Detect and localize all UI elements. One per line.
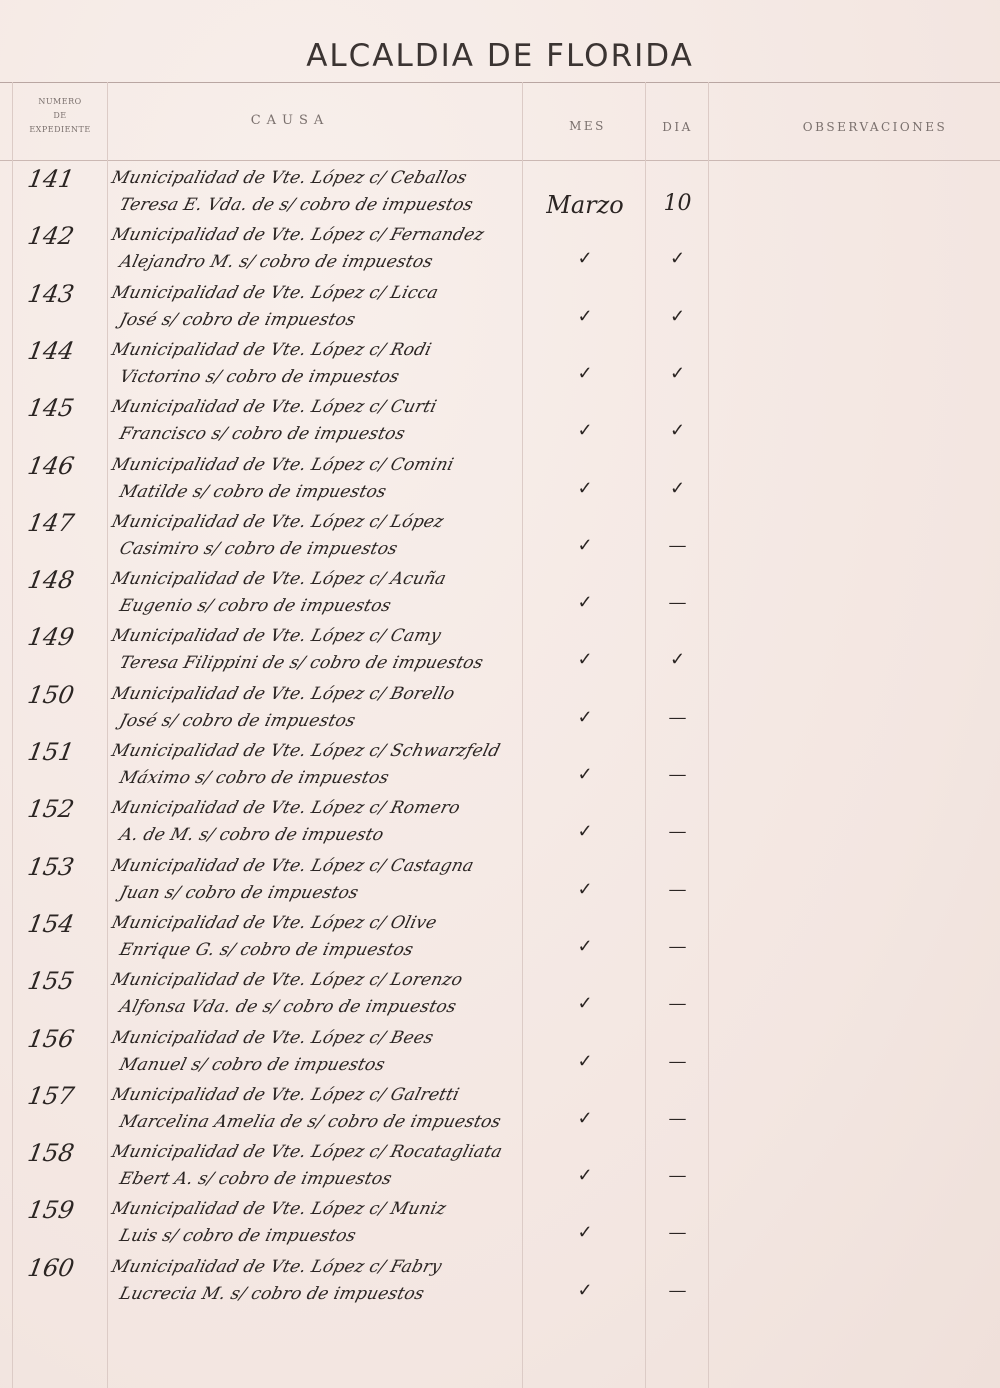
mes-value: ✓ — [530, 649, 640, 670]
mes-value: ✓ — [530, 535, 640, 556]
mes-value: Marzo — [530, 191, 640, 219]
causa-line-1: Municipalidad de Vte. López c/ Fernandez — [110, 225, 535, 245]
header-causa: CAUSA — [200, 113, 380, 128]
mes-value: ✓ — [530, 478, 640, 499]
dia-value: — — [650, 879, 705, 900]
causa-line-2: Eugenio s/ cobro de impuestos — [118, 596, 543, 616]
causa-line-1: Municipalidad de Vte. López c/ Lorenzo — [110, 970, 535, 990]
dia-value: — — [650, 1051, 705, 1072]
dia-value: — — [650, 993, 705, 1014]
causa-line-2: Ebert A. s/ cobro de impuestos — [118, 1169, 543, 1189]
dia-value: ✓ — [650, 248, 705, 269]
header-bottom-rule — [0, 160, 1000, 161]
expediente-number: 150 — [26, 681, 111, 709]
causa-line-2: Luis s/ cobro de impuestos — [118, 1226, 543, 1246]
ledger-entry-row: 145Municipalidad de Vte. López c/ CurtiF… — [0, 392, 1000, 449]
mes-value: ✓ — [530, 707, 640, 728]
causa-line-2: Manuel s/ cobro de impuestos — [118, 1055, 543, 1075]
causa-line-1: Municipalidad de Vte. López c/ Fabry — [110, 1257, 535, 1277]
ledger-page: ALCALDIA DE FLORIDA NUMERO DE EXPEDIENTE… — [0, 0, 1000, 1388]
expediente-number: 153 — [26, 853, 111, 881]
causa-line-1: Municipalidad de Vte. López c/ Rocatagli… — [110, 1142, 535, 1162]
dia-value: — — [650, 936, 705, 957]
causa-line-2: Casimiro s/ cobro de impuestos — [118, 539, 543, 559]
ledger-entry-row: 156Municipalidad de Vte. López c/ BeesMa… — [0, 1023, 1000, 1080]
dia-value: ✓ — [650, 420, 705, 441]
mes-value: ✓ — [530, 592, 640, 613]
ledger-entry-row: 155Municipalidad de Vte. López c/ Lorenz… — [0, 965, 1000, 1022]
expediente-number: 143 — [26, 280, 111, 308]
causa-line-2: José s/ cobro de impuestos — [118, 711, 543, 731]
ledger-entry-row: 159Municipalidad de Vte. López c/ MunizL… — [0, 1194, 1000, 1251]
mes-value: ✓ — [530, 1051, 640, 1072]
header-mes: MES — [540, 119, 635, 133]
causa-line-2: Alejandro M. s/ cobro de impuestos — [118, 252, 543, 272]
ledger-entry-row: 157Municipalidad de Vte. López c/ Galret… — [0, 1080, 1000, 1137]
expediente-number: 155 — [26, 967, 111, 995]
causa-line-2: Marcelina Amelia de s/ cobro de impuesto… — [118, 1112, 543, 1132]
dia-value: — — [650, 535, 705, 556]
dia-value: ✓ — [650, 649, 705, 670]
ledger-entry-row: 142Municipalidad de Vte. López c/ Fernan… — [0, 220, 1000, 277]
expediente-number: 156 — [26, 1025, 111, 1053]
causa-line-1: Municipalidad de Vte. López c/ Bees — [110, 1028, 535, 1048]
causa-line-2: Juan s/ cobro de impuestos — [118, 883, 543, 903]
page-title: ALCALDIA DE FLORIDA — [0, 38, 1000, 74]
causa-line-2: Máximo s/ cobro de impuestos — [118, 768, 543, 788]
expediente-number: 158 — [26, 1139, 111, 1167]
expediente-number: 151 — [26, 738, 111, 766]
mes-value: ✓ — [530, 306, 640, 327]
causa-line-2: Matilde s/ cobro de impuestos — [118, 482, 543, 502]
header-numero-line3: EXPEDIENTE — [14, 123, 106, 137]
causa-line-2: Alfonsa Vda. de s/ cobro de impuestos — [118, 997, 543, 1017]
ledger-entry-row: 150Municipalidad de Vte. López c/ Borell… — [0, 679, 1000, 736]
dia-value: — — [650, 1108, 705, 1129]
causa-line-1: Municipalidad de Vte. López c/ Ceballos — [110, 168, 535, 188]
ledger-entry-row: 160Municipalidad de Vte. López c/ FabryL… — [0, 1252, 1000, 1309]
ledger-entry-row: 144Municipalidad de Vte. López c/ RodiVi… — [0, 335, 1000, 392]
causa-line-2: Teresa E. Vda. de s/ cobro de impuestos — [118, 195, 543, 215]
dia-value: — — [650, 1222, 705, 1243]
causa-line-2: Enrique G. s/ cobro de impuestos — [118, 940, 543, 960]
mes-value: ✓ — [530, 879, 640, 900]
dia-value: — — [650, 1280, 705, 1301]
causa-line-1: Municipalidad de Vte. López c/ López — [110, 512, 535, 532]
causa-line-2: A. de M. s/ cobro de impuesto — [118, 825, 543, 845]
causa-line-2: Lucrecia M. s/ cobro de impuestos — [118, 1284, 543, 1304]
header-numero-line2: DE — [14, 109, 106, 123]
mes-value: ✓ — [530, 1222, 640, 1243]
mes-value: ✓ — [530, 363, 640, 384]
causa-line-1: Municipalidad de Vte. López c/ Muniz — [110, 1199, 535, 1219]
mes-value: ✓ — [530, 248, 640, 269]
mes-value: ✓ — [530, 764, 640, 785]
mes-value: ✓ — [530, 1280, 640, 1301]
dia-value: ✓ — [650, 478, 705, 499]
causa-line-1: Municipalidad de Vte. López c/ Borello — [110, 684, 535, 704]
header-numero-expediente: NUMERO DE EXPEDIENTE — [14, 95, 106, 137]
causa-line-2: José s/ cobro de impuestos — [118, 310, 543, 330]
expediente-number: 149 — [26, 623, 111, 651]
header-observaciones: OBSERVACIONES — [770, 120, 980, 134]
expediente-number: 146 — [26, 452, 111, 480]
ledger-entry-row: 151Municipalidad de Vte. López c/ Schwar… — [0, 736, 1000, 793]
causa-line-1: Municipalidad de Vte. López c/ Olive — [110, 913, 535, 933]
dia-value: — — [650, 1165, 705, 1186]
causa-line-1: Municipalidad de Vte. López c/ Castagna — [110, 856, 535, 876]
dia-value: — — [650, 707, 705, 728]
causa-line-1: Municipalidad de Vte. López c/ Camy — [110, 626, 535, 646]
expediente-number: 160 — [26, 1254, 111, 1282]
dia-value: ✓ — [650, 306, 705, 327]
expediente-number: 147 — [26, 509, 111, 537]
expediente-number: 141 — [26, 165, 111, 193]
expediente-number: 144 — [26, 337, 111, 365]
expediente-number: 157 — [26, 1082, 111, 1110]
expediente-number: 154 — [26, 910, 111, 938]
causa-line-1: Municipalidad de Vte. López c/ Rodi — [110, 340, 535, 360]
expediente-number: 159 — [26, 1196, 111, 1224]
dia-value: — — [650, 592, 705, 613]
mes-value: ✓ — [530, 993, 640, 1014]
mes-value: ✓ — [530, 1165, 640, 1186]
causa-line-1: Municipalidad de Vte. López c/ Curti — [110, 397, 535, 417]
mes-value: ✓ — [530, 420, 640, 441]
ledger-entry-row: 152Municipalidad de Vte. López c/ Romero… — [0, 793, 1000, 850]
ledger-entry-row: 141Municipalidad de Vte. López c/ Ceball… — [0, 163, 1000, 220]
mes-value: ✓ — [530, 821, 640, 842]
causa-line-2: Francisco s/ cobro de impuestos — [118, 424, 543, 444]
mes-value: ✓ — [530, 1108, 640, 1129]
ledger-entry-row: 148Municipalidad de Vte. López c/ AcuñaE… — [0, 564, 1000, 621]
ledger-entry-row: 147Municipalidad de Vte. López c/ LópezC… — [0, 507, 1000, 564]
header-numero-line1: NUMERO — [14, 95, 106, 109]
expediente-number: 152 — [26, 795, 111, 823]
causa-line-1: Municipalidad de Vte. López c/ Acuña — [110, 569, 535, 589]
dia-value: — — [650, 821, 705, 842]
ledger-entry-row: 154Municipalidad de Vte. López c/ OliveE… — [0, 908, 1000, 965]
causa-line-2: Victorino s/ cobro de impuestos — [118, 367, 543, 387]
causa-line-1: Municipalidad de Vte. López c/ Galretti — [110, 1085, 535, 1105]
dia-value: 10 — [650, 191, 705, 216]
header-top-rule — [0, 82, 1000, 83]
ledger-entry-row: 149Municipalidad de Vte. López c/ CamyTe… — [0, 621, 1000, 678]
causa-line-1: Municipalidad de Vte. López c/ Licca — [110, 283, 535, 303]
causa-line-1: Municipalidad de Vte. López c/ Schwarzfe… — [110, 741, 535, 761]
causa-line-2: Teresa Filippini de s/ cobro de impuesto… — [118, 653, 543, 673]
dia-value: ✓ — [650, 363, 705, 384]
ledger-entry-row: 143Municipalidad de Vte. López c/ LiccaJ… — [0, 278, 1000, 335]
ledger-entry-row: 146Municipalidad de Vte. López c/ Comini… — [0, 450, 1000, 507]
expediente-number: 145 — [26, 394, 111, 422]
causa-line-1: Municipalidad de Vte. López c/ Romero — [110, 798, 535, 818]
ledger-entry-row: 158Municipalidad de Vte. López c/ Rocata… — [0, 1137, 1000, 1194]
expediente-number: 142 — [26, 222, 111, 250]
expediente-number: 148 — [26, 566, 111, 594]
dia-value: — — [650, 764, 705, 785]
ledger-entry-row: 153Municipalidad de Vte. López c/ Castag… — [0, 851, 1000, 908]
mes-value: ✓ — [530, 936, 640, 957]
header-dia: DIA — [650, 120, 705, 134]
causa-line-1: Municipalidad de Vte. López c/ Comini — [110, 455, 535, 475]
